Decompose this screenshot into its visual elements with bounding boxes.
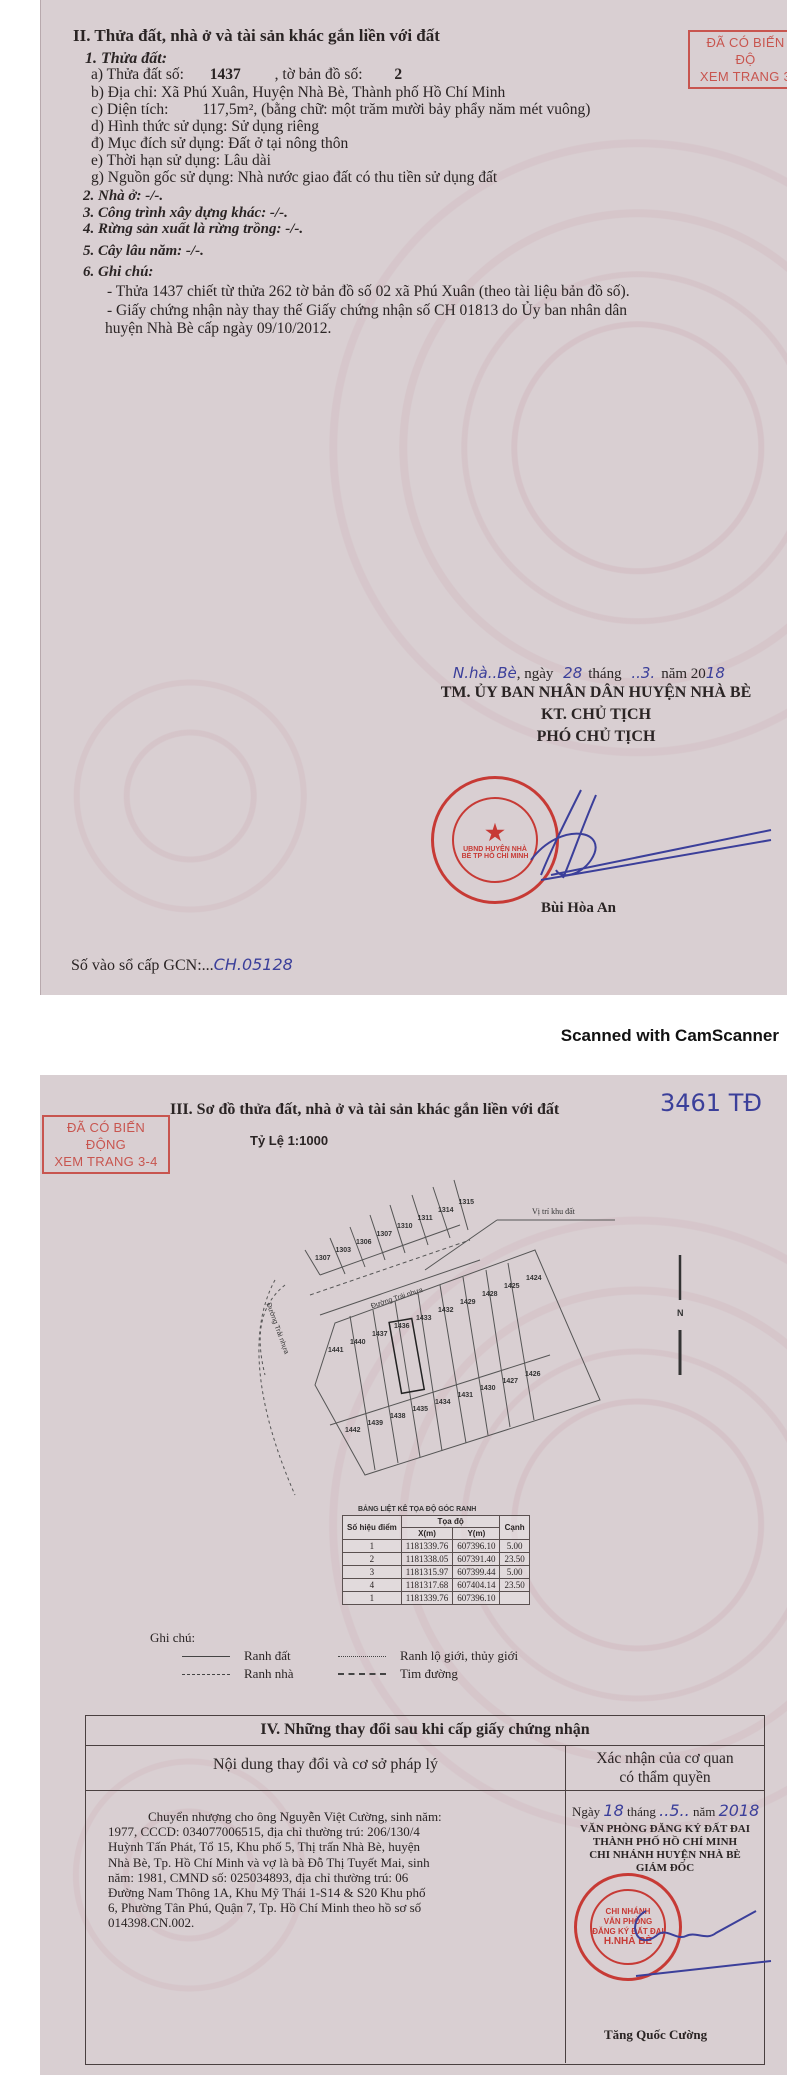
item-other-construction: 3. Công trình xây dựng khác: -/-. (83, 205, 288, 222)
registration-office: VĂN PHÒNG ĐĂNG KÝ ĐẤT ĐAI THÀNH PHỐ HỒ C… (566, 1823, 764, 1875)
table-row: 21181338.05607391.4023.50 (343, 1553, 530, 1566)
map-sheet-number: 2 (394, 66, 402, 83)
col-point: Số hiệu điểm (343, 1516, 402, 1540)
parcel-label: 1303 (336, 1247, 352, 1254)
confirm-signer: Tăng Quốc Cường (604, 2027, 707, 2043)
col-content-header: Nội dung thay đổi và cơ sở pháp lý (86, 1746, 566, 1790)
parcel-label: 1433 (416, 1315, 432, 1322)
note-3: huyện Nhà Bè cấp ngày 09/10/2012. (105, 320, 331, 338)
changes-table: IV. Những thay đổi sau khi cấp giấy chứn… (85, 1715, 765, 2065)
land-use-origin: g) Nguồn gốc sử dụng: Nhà nước giao đất … (91, 169, 497, 187)
parcel-label: 1426 (525, 1371, 541, 1378)
change-content: Chuyển nhượng cho ông Nguyễn Việt Cường,… (86, 1791, 566, 2063)
table-row: 41181317.68607404.1423.50 (343, 1579, 530, 1592)
parcel-label: 1431 (458, 1392, 474, 1399)
item-production-forest: 4. Rừng sản xuất là rừng trồng: -/-. (83, 221, 303, 238)
table-row: 11181339.76607396.10 (343, 1592, 530, 1605)
table-row: 31181315.97607399.445.00 (343, 1566, 530, 1579)
change-line: Chuyển nhượng cho ông Nguyễn Việt Cường,… (108, 1809, 545, 1824)
note-1: - Thửa 1437 chiết từ thửa 262 tờ bản đồ … (107, 283, 630, 301)
certificate-page-3: III. Sơ đồ thửa đất, nhà ở và tài sản kh… (40, 1075, 787, 2075)
col-coord: Tọa độ (401, 1516, 500, 1528)
authority-line-2: KT. CHỦ TỊCH (411, 706, 781, 724)
col-y: Y(m) (453, 1528, 500, 1540)
parcel-label: 1441 (328, 1347, 344, 1354)
parcel-label: 1315 (459, 1199, 475, 1206)
gcn-number: CH.05128 (214, 955, 293, 974)
parcel-label: 1427 (503, 1378, 519, 1385)
parcel-label: 1439 (368, 1420, 384, 1427)
parcel-label: 1436 (394, 1323, 410, 1330)
change-line: 014398.CN.002. (108, 1915, 545, 1930)
land-parcel-map (40, 1075, 787, 1565)
coords-table: Số hiệu điểm Tọa độ Cạnh X(m) Y(m) 11181… (342, 1515, 530, 1605)
parcel-label: 1310 (397, 1223, 413, 1230)
dotted-line-icon (338, 1656, 386, 1657)
land-use-term: e) Thời hạn sử dụng: Lâu dài (91, 152, 271, 170)
parcel-label: 1425 (504, 1283, 520, 1290)
note-2: - Giấy chứng nhận này thay thế Giấy chứn… (107, 302, 627, 320)
land-use-form: d) Hình thức sử dụng: Sử dụng riêng (91, 118, 319, 136)
parcel-label: 1311 (418, 1215, 433, 1222)
change-line: 1977, CCCD: 034077006515, địa chỉ thường… (108, 1824, 545, 1839)
signer-name: Bùi Hòa An (541, 900, 616, 917)
parcel-label: 1438 (390, 1413, 406, 1420)
change-stamp: ĐÃ CÓ BIẾN ĐỘ XEM TRANG 3 (688, 30, 787, 89)
parcel-label: 1307 (315, 1255, 331, 1262)
change-line: Đường Nam Thông 1A, Khu Mỹ Thái 1-S14 & … (108, 1885, 545, 1900)
land-use-purpose: đ) Mục đích sử dụng: Đất ở tại nông thôn (91, 135, 348, 153)
parcel-label: 1307 (377, 1231, 393, 1238)
signature-2 (606, 1881, 776, 1991)
parcel-label: 1306 (356, 1239, 372, 1246)
legend-title: Ghi chú: (150, 1630, 195, 1646)
change-line: Nhà Bè, Tp. Hồ Chí Minh và vợ là bà Đỗ T… (108, 1855, 545, 1870)
issue-day: 28 (563, 664, 582, 682)
change-line: Huỳnh Tấn Phát, Tổ 15, Khu phố 5, Thị tr… (108, 1839, 545, 1854)
location-label: Vị trí khu đất (532, 1207, 575, 1216)
signature-1 (471, 780, 787, 890)
issue-month: ..3. (631, 664, 655, 682)
change-confirmation: Ngày 18 tháng ..5.. năm 2018 VĂN PHÒNG Đ… (566, 1791, 764, 2063)
section-title: II. Thửa đất, nhà ở và tài sản khác gắn … (73, 26, 440, 46)
parcel-label: 1424 (526, 1275, 542, 1282)
dashed-line-icon (182, 1674, 230, 1675)
camscanner-watermark: Scanned with CamScanner (561, 1026, 779, 1046)
gcn-register-number: Số vào sổ cấp GCN:...CH.05128 (71, 955, 293, 975)
item-notes-heading: 6. Ghi chú: (83, 264, 153, 281)
parcel-label: 1432 (438, 1307, 454, 1314)
issue-year: 18 (706, 664, 725, 682)
authority-block: TM. ỦY BAN NHÂN DÂN HUYỆN NHÀ BÈ KT. CHỦ… (411, 684, 781, 746)
parcel-label: 1440 (350, 1339, 366, 1346)
authority-line-3: PHÓ CHỦ TỊCH (411, 728, 781, 746)
parcel-label: 1430 (480, 1385, 496, 1392)
confirm-date: Ngày 18 tháng ..5.. năm 2018 (572, 1801, 759, 1820)
map-legend: Ranh đất Ranh lộ giới, thủy giới Ranh nh… (182, 1648, 518, 1682)
parcel-label: 1437 (372, 1331, 388, 1338)
changes-title: IV. Những thay đổi sau khi cấp giấy chứn… (86, 1716, 764, 1746)
parcel-label: 1429 (460, 1299, 476, 1306)
changes-header: Nội dung thay đổi và cơ sở pháp lý Xác n… (86, 1746, 764, 1791)
parcel-label: 1434 (435, 1399, 451, 1406)
parcel-label: 1314 (438, 1207, 454, 1214)
change-line: năm: 1981, CMND số: 025034893, địa chỉ t… (108, 1870, 545, 1885)
parcel-label: 1435 (413, 1406, 429, 1413)
land-parcel-number: a) Thửa đất số: 1437 , tờ bản đồ số: 2 (91, 66, 402, 84)
stamp-line-2: XEM TRANG 3 (696, 68, 787, 85)
col-x: X(m) (401, 1528, 452, 1540)
land-address: b) Địa chỉ: Xã Phú Xuân, Huyện Nhà Bè, T… (91, 84, 505, 102)
col-edge: Cạnh (500, 1516, 529, 1540)
solid-line-icon (182, 1656, 230, 1657)
land-area: c) Diện tích: 117,5m², (bằng chữ: một tr… (91, 101, 590, 119)
item-house: 2. Nhà ở: -/-. (83, 188, 163, 205)
changes-entry: Chuyển nhượng cho ông Nguyễn Việt Cường,… (86, 1791, 764, 2063)
long-dash-line-icon (338, 1673, 386, 1675)
parcel-label: 1428 (482, 1291, 498, 1298)
authority-line-1: TM. ỦY BAN NHÂN DÂN HUYỆN NHÀ BÈ (411, 684, 781, 702)
table-row: 11181339.76607396.105.00 (343, 1540, 530, 1553)
issue-place: N.hà..Bè (453, 664, 517, 682)
parcel-number: 1437 (210, 66, 241, 83)
parcel-label: 1442 (345, 1427, 361, 1434)
col-confirm-header: Xác nhận của cơ quan có thẩm quyền (566, 1746, 764, 1790)
coords-table-title: BẢNG LIỆT KÊ TỌA ĐỘ GÓC RANH (358, 1506, 476, 1513)
issue-date: N.hà..Bè, ngày 28tháng ..3.năm 2018 (453, 664, 725, 683)
item-perennial-trees: 5. Cây lâu năm: -/-. (83, 243, 204, 260)
stamp-line-1: ĐÃ CÓ BIẾN ĐỘ (696, 34, 787, 68)
certificate-page-2: II. Thửa đất, nhà ở và tài sản khác gắn … (40, 0, 787, 995)
north-arrow-icon: N (677, 1308, 684, 1318)
change-line: 6, Phường Tân Phú, Quận 7, Tp. Hồ Chí Mi… (108, 1900, 545, 1915)
